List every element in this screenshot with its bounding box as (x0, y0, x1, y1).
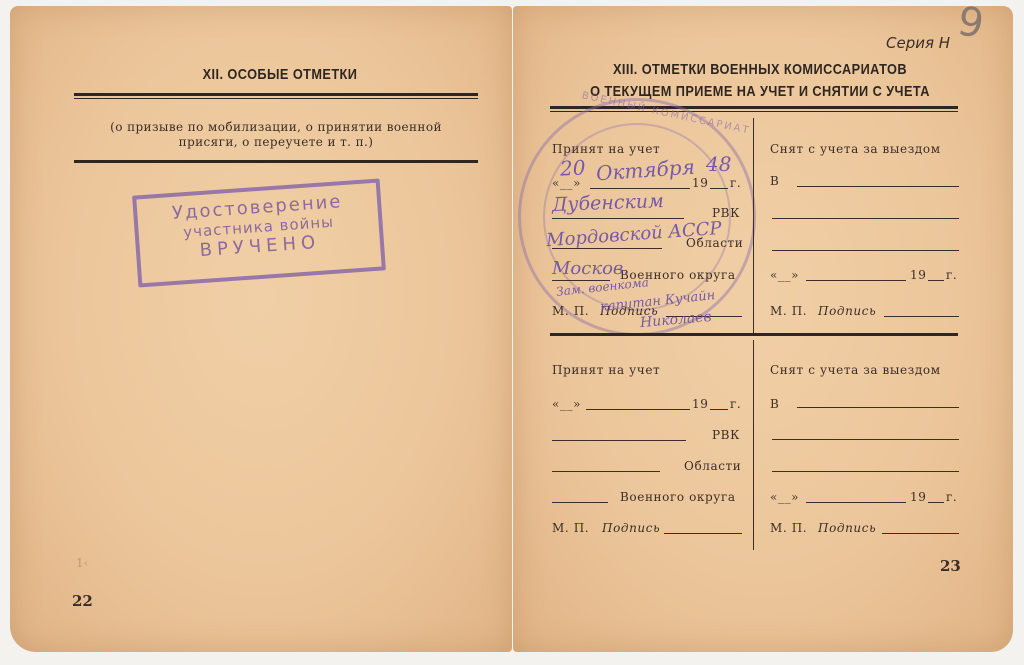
date-line-1[interactable] (590, 188, 690, 189)
district-line-2[interactable] (552, 502, 608, 503)
to-label-2: В (770, 397, 779, 411)
dereg-date-quote-2: «__» (770, 490, 799, 504)
deregistered-label-2: Снят с учета за выездом (770, 363, 941, 377)
dereg-signature-label-1: Подпись (818, 304, 876, 318)
oblast-line-2[interactable] (552, 471, 660, 472)
rvk-line-2[interactable] (552, 440, 686, 441)
destination-line-4[interactable] (797, 407, 959, 408)
date-quote-2: «__» (552, 397, 581, 411)
registered-label-2: Принят на учет (552, 363, 660, 377)
oblast-label-2: Области (684, 459, 741, 473)
title-rule (74, 93, 478, 99)
section-title-xii: XII. ОСОБЫЕ ОТМЕТКИ (110, 66, 450, 83)
deregistered-label-1: Снят с учета за выездом (770, 142, 941, 156)
rvk-label-2: РВК (712, 428, 740, 442)
date-line-2[interactable] (586, 409, 690, 410)
notes-rule (74, 160, 478, 163)
mp-label-2: М. П. (552, 521, 589, 535)
veteran-certificate-stamp: Удостоверение участника войны ВРУЧЕНО (132, 178, 386, 287)
dereg-year-prefix-1: 19 (910, 268, 926, 282)
dereg-signature-line-1[interactable] (884, 316, 959, 317)
dereg-signature-label-2: Подпись (818, 521, 876, 535)
handwritten-district: Москов. (552, 258, 629, 279)
destination-line-1[interactable] (797, 186, 959, 187)
dereg-year-suffix-2: г. (946, 490, 957, 504)
dereg-date-line-2[interactable] (806, 502, 906, 503)
destination-line-6[interactable] (772, 471, 959, 472)
year-suffix-2: г. (730, 397, 741, 411)
faint-mark: 1‹ (76, 556, 88, 570)
dereg-year-line-1[interactable] (928, 280, 944, 281)
dereg-mp-label-1: М. П. (770, 304, 807, 318)
signature-line-2[interactable] (664, 533, 742, 534)
dereg-year-prefix-2: 19 (910, 490, 926, 504)
year-line-2[interactable] (710, 409, 728, 410)
destination-line-5[interactable] (772, 439, 959, 440)
handwritten-year: 48 (706, 152, 731, 176)
dereg-mp-label-2: М. П. (770, 521, 807, 535)
page-number-right: 23 (940, 557, 961, 575)
dereg-year-suffix-1: г. (946, 268, 957, 282)
dereg-date-line-1[interactable] (806, 280, 906, 281)
block-separator (550, 333, 958, 336)
dereg-date-quote-1: «__» (770, 268, 799, 282)
year-prefix-2: 19 (692, 397, 708, 411)
year-line-1[interactable] (710, 188, 728, 189)
registered-label-1: Принят на учет (552, 142, 660, 156)
handwritten-rvk: Дубенским (552, 190, 665, 216)
destination-line-3[interactable] (772, 250, 959, 251)
special-notes-description: (о призыве по мобилизации, о принятии во… (74, 120, 478, 150)
page-number-left: 22 (72, 592, 93, 610)
signature-label-2: Подпись (602, 521, 660, 535)
right-page (513, 6, 1013, 652)
to-label-1: В (770, 174, 779, 188)
mp-label-1: М. П. (552, 304, 589, 318)
note-line-1: (о призыве по мобилизации, о принятии во… (74, 120, 478, 135)
column-divider-1 (753, 118, 754, 334)
rvk-line-1[interactable] (552, 218, 684, 219)
section-title-xiii-line1: XIII. ОТМЕТКИ ВОЕННЫХ КОМИССАРИАТОВ (565, 61, 956, 78)
destination-line-2[interactable] (772, 218, 959, 219)
dereg-year-line-2[interactable] (928, 502, 944, 503)
district-label-2: Военного округа (620, 490, 736, 504)
handwritten-day: 20 (559, 155, 586, 180)
year-suffix-1: г. (730, 176, 741, 190)
note-line-2: присяги, о переучете и т. п.) (74, 135, 478, 150)
dereg-signature-line-2[interactable] (882, 533, 959, 534)
series-label: Серия Н (886, 34, 950, 52)
column-divider-2 (753, 340, 754, 550)
